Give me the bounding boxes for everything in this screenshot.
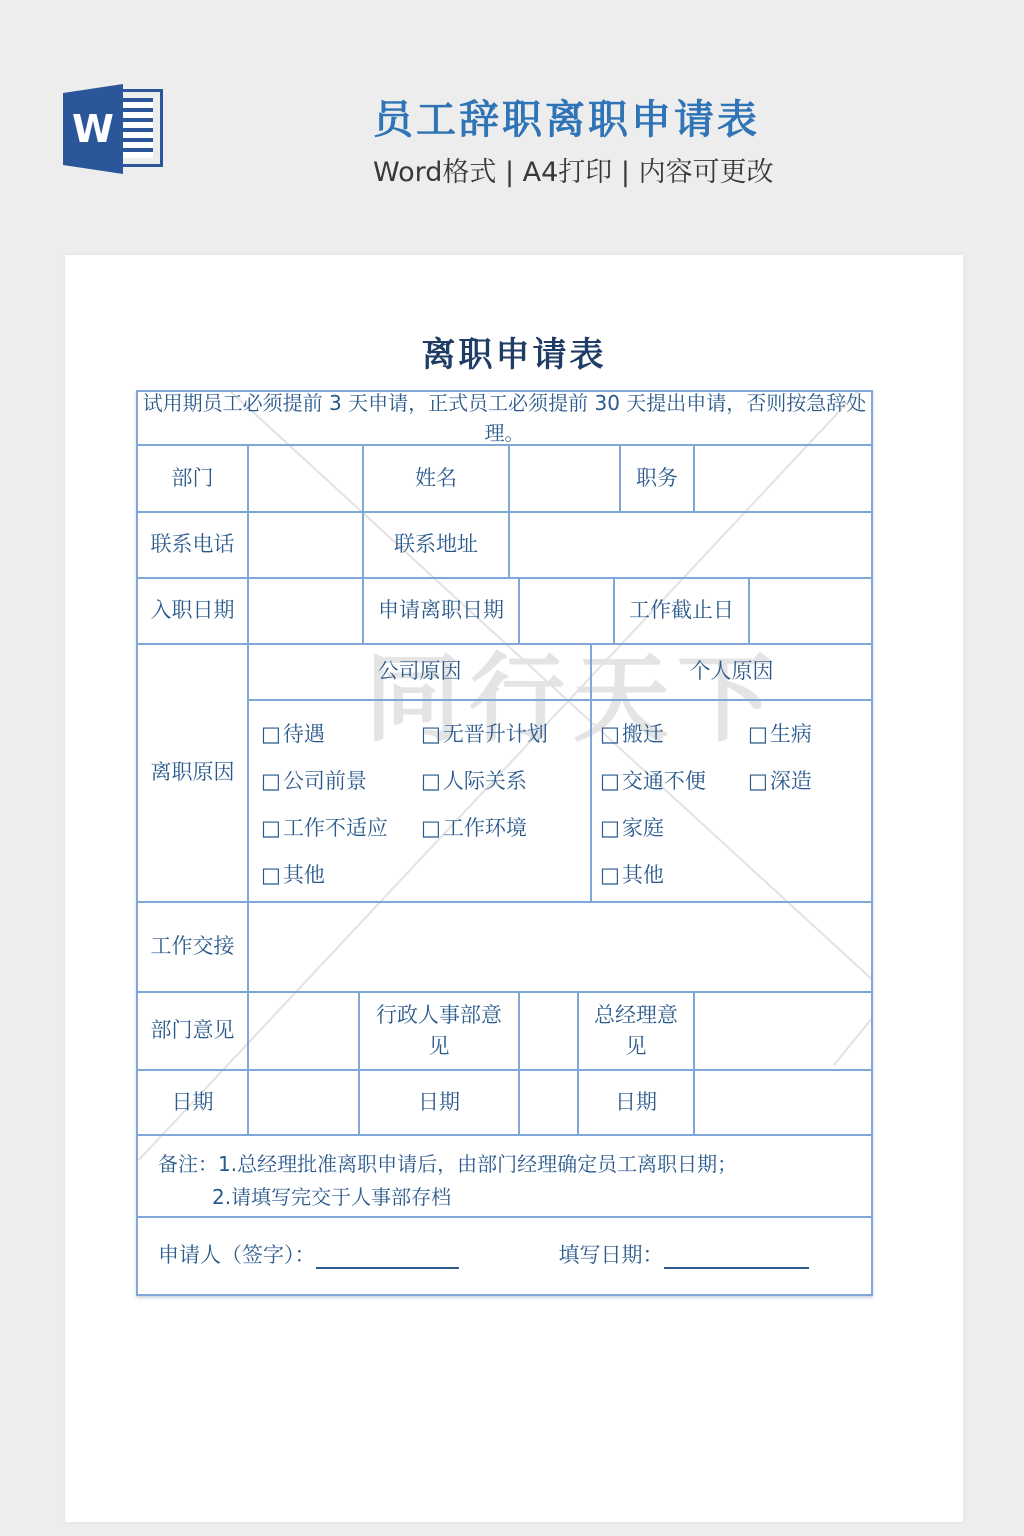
- hire-date-value-cell: [249, 579, 364, 645]
- checkbox-label: 搬迁: [622, 719, 664, 751]
- fill-date-label: 填写日期：: [559, 1240, 664, 1272]
- phone-label: 联系电话: [138, 513, 249, 579]
- checkbox-label: 生病: [770, 719, 812, 751]
- word-icon-flap: W: [63, 84, 123, 174]
- notes-line-1: 备注：1.总经理批准离职申请后，由部门经理确定员工离职日期；: [158, 1148, 871, 1181]
- company-reason-header: 公司原因: [249, 645, 592, 701]
- checkbox-option: □生病: [748, 719, 812, 751]
- checkbox-icon: □: [748, 766, 768, 798]
- dept-value-cell: [249, 446, 364, 513]
- checkbox-label: 工作不适应: [283, 813, 388, 845]
- checkbox-icon: □: [261, 766, 281, 798]
- notes-line-2: 2.请填写完交于人事部存档: [212, 1181, 871, 1214]
- position-label: 职务: [621, 446, 695, 513]
- position-value-cell: [695, 446, 871, 513]
- hire-date-label: 入职日期: [138, 579, 249, 645]
- gm-date-label: 日期: [579, 1071, 695, 1136]
- reason-section: 公司原因 个人原因 □待遇 □无晋升计划 □公司前景 □人际关系: [249, 645, 871, 903]
- dept-opinion-value-cell: [249, 993, 360, 1071]
- address-value-cell: [510, 513, 871, 579]
- checkbox-label: 深造: [770, 766, 812, 798]
- gm-date-value-cell: [695, 1071, 871, 1136]
- screen: W 员工辞职离职申请表 Word格式 | A4打印 | 内容可更改 同行天下 离…: [0, 0, 1024, 1536]
- form-title: 离职申请表: [65, 327, 963, 376]
- checkbox-icon: □: [600, 719, 620, 751]
- personal-reason-header: 个人原因: [592, 645, 871, 701]
- checkbox-icon: □: [600, 766, 620, 798]
- name-label: 姓名: [364, 446, 510, 513]
- checkbox-icon: □: [261, 813, 281, 845]
- notes-cell: 备注：1.总经理批准离职申请后，由部门经理确定员工离职日期； 2.请填写完交于人…: [138, 1136, 871, 1218]
- gm-opinion-value-cell: [695, 993, 871, 1071]
- applicant-signature-label: 申请人（签字）：: [158, 1240, 316, 1272]
- checkbox-label: 其他: [283, 860, 325, 892]
- checkbox-icon: □: [421, 766, 441, 798]
- checkbox-label: 公司前景: [283, 766, 367, 798]
- hr-opinion-text: 行政人事部意见: [369, 1000, 509, 1063]
- checkbox-label: 人际关系: [443, 766, 527, 798]
- date-blank-line: [664, 1267, 809, 1269]
- dept-label: 部门: [138, 446, 249, 513]
- checkbox-icon: □: [421, 813, 441, 845]
- gm-opinion-label: 总经理意见: [579, 993, 695, 1071]
- checkbox-label: 工作环境: [443, 813, 527, 845]
- checkbox-option: □人际关系: [421, 766, 527, 798]
- checkbox-option: □其他: [600, 860, 748, 892]
- checkbox-option: □无晋升计划: [421, 719, 548, 751]
- checkbox-icon: □: [261, 719, 281, 751]
- checkbox-option: □其他: [261, 860, 421, 892]
- checkbox-icon: □: [600, 813, 620, 845]
- checkbox-label: 无晋升计划: [443, 719, 548, 751]
- work-end-label: 工作截止日: [615, 579, 750, 645]
- signature-blank-line: [316, 1267, 459, 1269]
- resign-date-value-cell: [520, 579, 615, 645]
- name-value-cell: [510, 446, 621, 513]
- handover-value-cell: [249, 903, 871, 993]
- checkbox-option: □公司前景: [261, 766, 421, 798]
- reason-label: 离职原因: [138, 645, 249, 903]
- notice-cell: 试用期员工必须提前 3 天申请，正式员工必须提前 30 天提出申请，否则按急辞处…: [138, 392, 871, 446]
- word-icon: W: [63, 84, 163, 174]
- checkbox-option: □交通不便: [600, 766, 748, 798]
- checkbox-option: □工作环境: [421, 813, 527, 845]
- handover-label: 工作交接: [138, 903, 249, 993]
- dept-date-value-cell: [249, 1071, 360, 1136]
- document-page: 同行天下 离职申请表 试用期员工必须提前 3 天申请，正式员工必须提前 30 天…: [65, 255, 963, 1522]
- checkbox-option: □深造: [748, 766, 812, 798]
- word-icon-letter: W: [72, 107, 114, 151]
- checkbox-option: □工作不适应: [261, 813, 421, 845]
- gm-opinion-text: 总经理意见: [588, 1000, 684, 1063]
- resign-date-label: 申请离职日期: [364, 579, 520, 645]
- checkbox-option: □待遇: [261, 719, 421, 751]
- page-subtitle: Word格式 | A4打印 | 内容可更改: [373, 150, 774, 189]
- checkbox-label: 其他: [622, 860, 664, 892]
- signature-row: 申请人（签字）： 填写日期：: [138, 1218, 871, 1294]
- checkbox-icon: □: [748, 719, 768, 751]
- checkbox-label: 待遇: [283, 719, 325, 751]
- dept-date-label: 日期: [138, 1071, 249, 1136]
- personal-reason-options: □搬迁 □生病 □交通不便 □深造 □家庭 □其他: [592, 701, 871, 903]
- dept-opinion-label: 部门意见: [138, 993, 249, 1071]
- hr-date-value-cell: [520, 1071, 579, 1136]
- checkbox-option: □搬迁: [600, 719, 748, 751]
- page-title: 员工辞职离职申请表: [373, 88, 760, 145]
- company-reason-options: □待遇 □无晋升计划 □公司前景 □人际关系 □工作不适应 □工作环境: [249, 701, 592, 903]
- checkbox-label: 家庭: [622, 813, 664, 845]
- checkbox-option: □家庭: [600, 813, 748, 845]
- hr-opinion-value-cell: [520, 993, 579, 1071]
- checkbox-icon: □: [421, 719, 441, 751]
- hr-date-label: 日期: [360, 1071, 520, 1136]
- resignation-form-table: 试用期员工必须提前 3 天申请，正式员工必须提前 30 天提出申请，否则按急辞处…: [136, 390, 873, 1296]
- checkbox-label: 交通不便: [622, 766, 706, 798]
- address-label: 联系地址: [364, 513, 510, 579]
- phone-value-cell: [249, 513, 364, 579]
- hr-opinion-label: 行政人事部意见: [360, 993, 520, 1071]
- work-end-value-cell: [750, 579, 871, 645]
- checkbox-icon: □: [261, 860, 281, 892]
- checkbox-icon: □: [600, 860, 620, 892]
